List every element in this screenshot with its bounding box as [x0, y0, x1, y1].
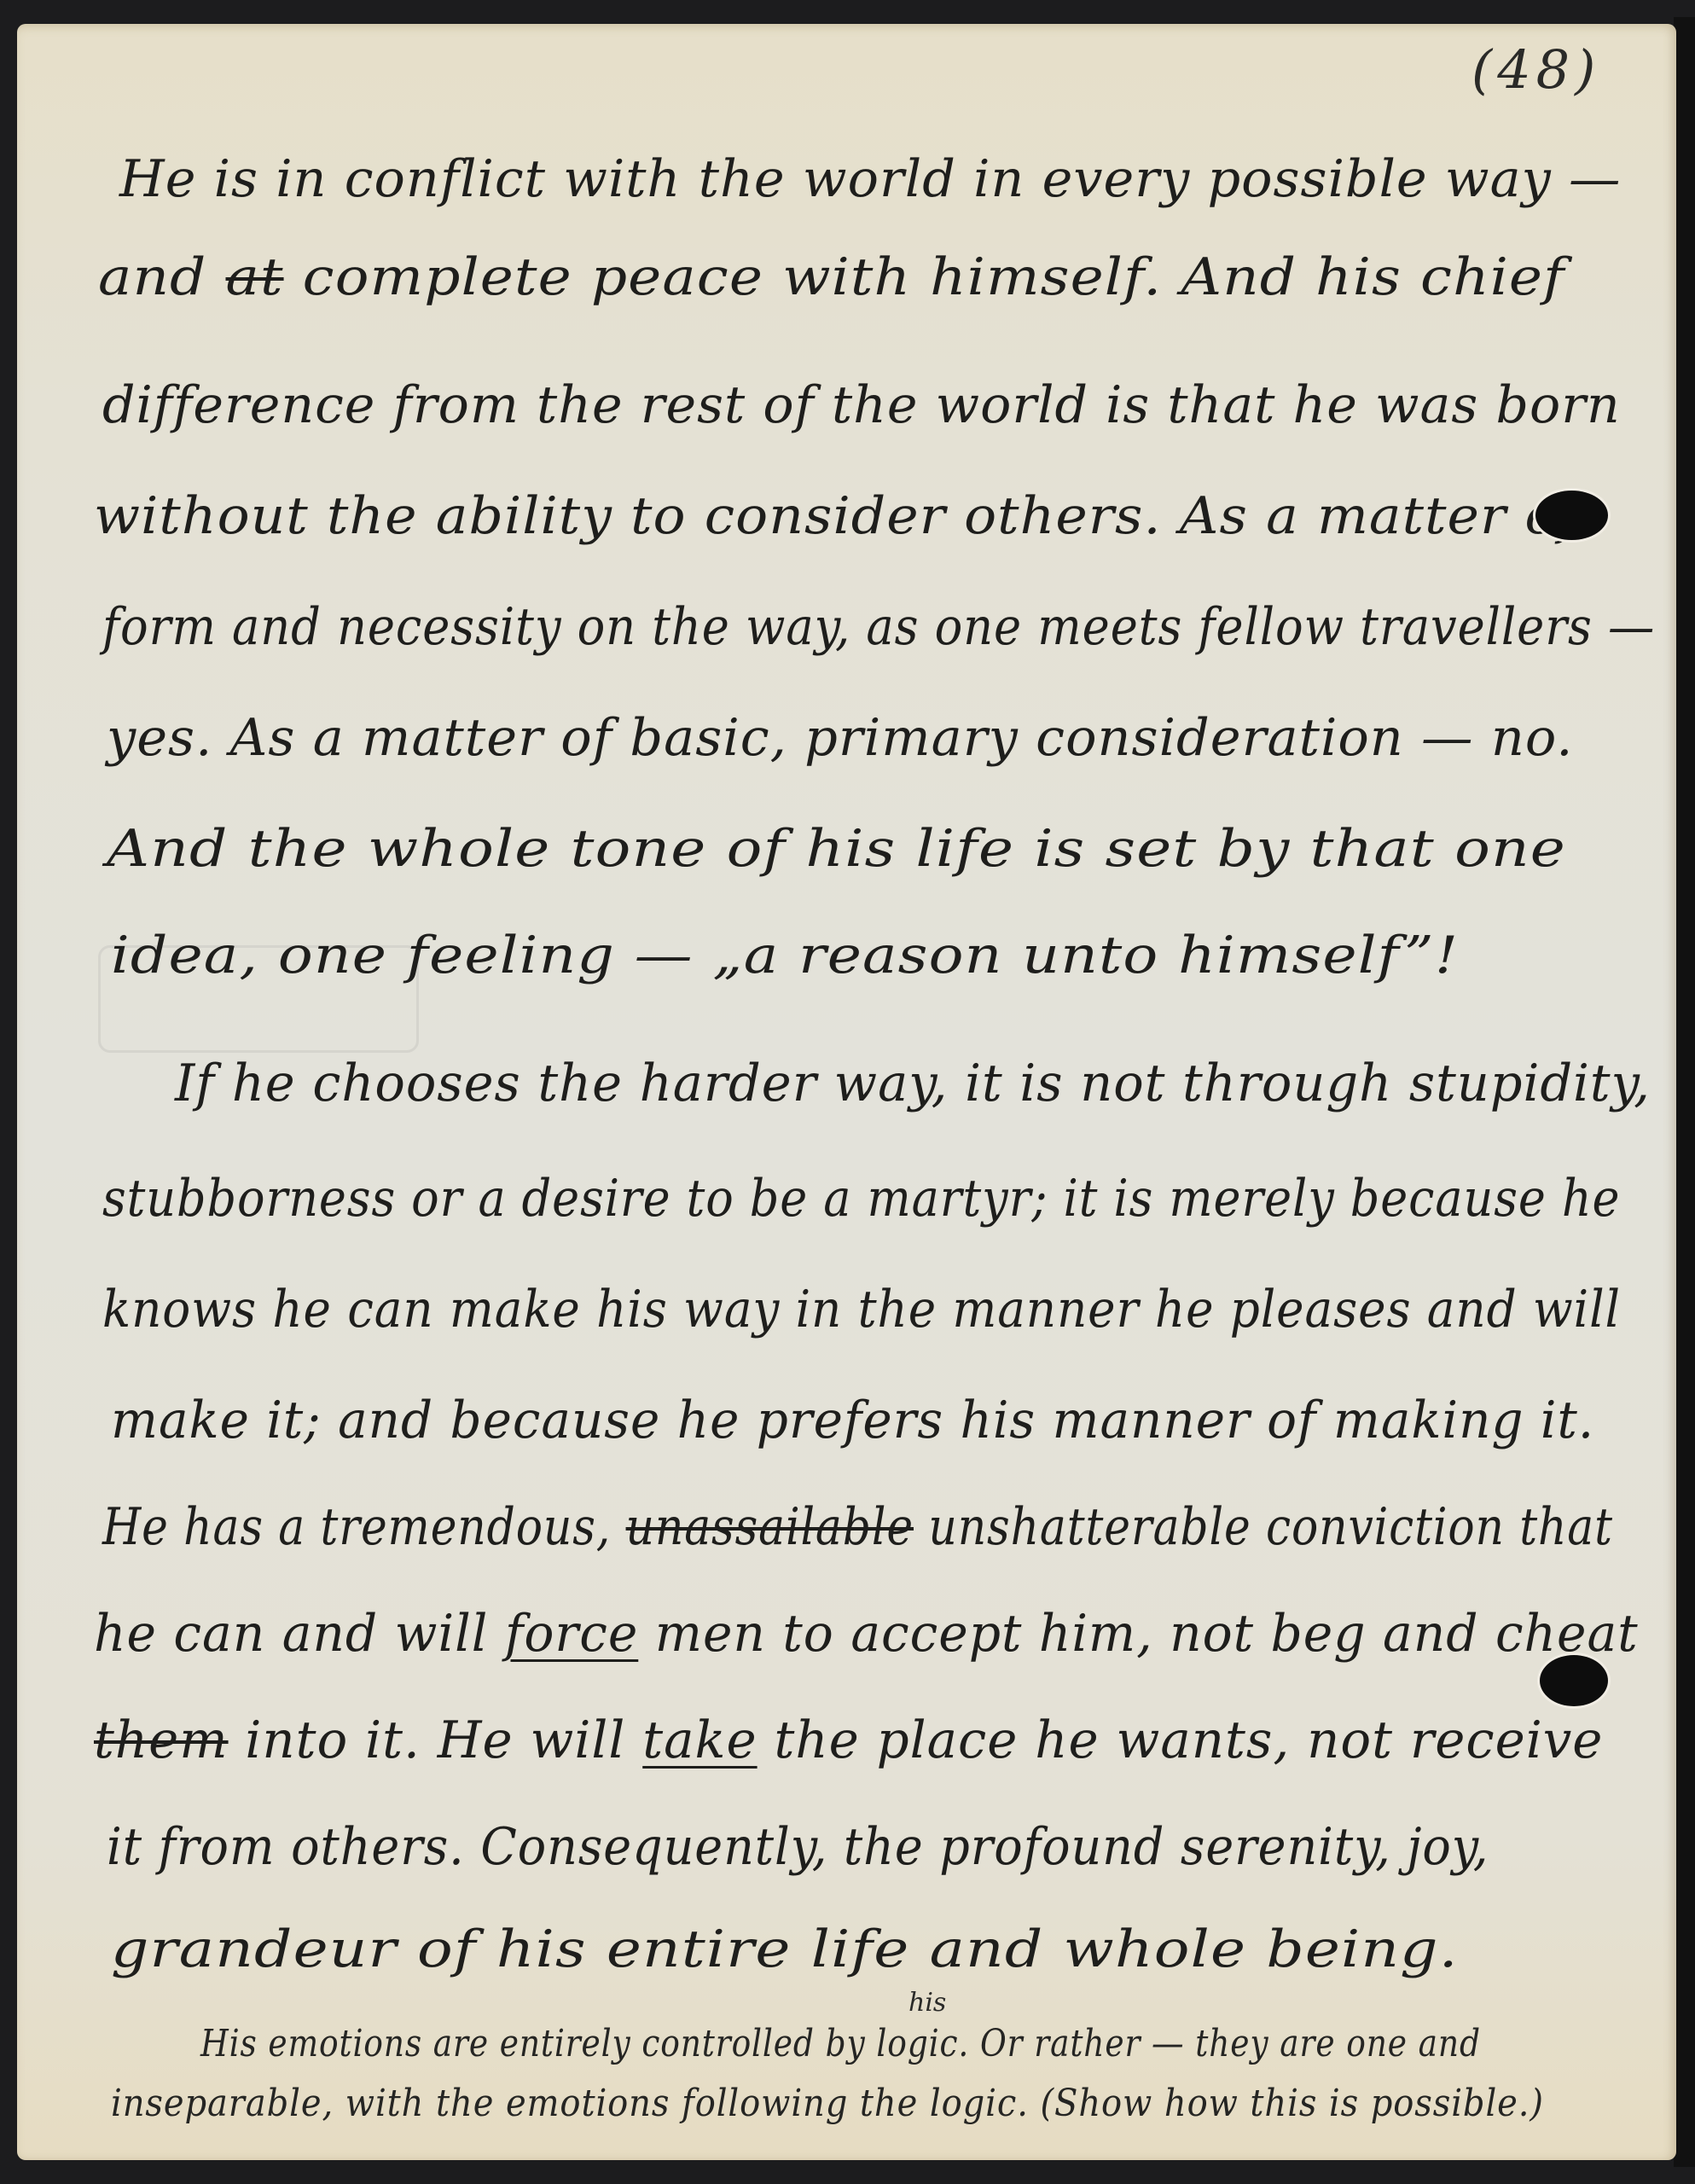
text-line-9: If he chooses the harder way, it is not … [175, 1054, 1651, 1113]
text-line-4: without the ability to consider others. … [94, 486, 1579, 546]
text-line-14: he can and will force men to accept him,… [94, 1604, 1639, 1664]
scan-edge-shadow [1674, 17, 1695, 2167]
text-line-12: make it; and because he prefers his mann… [111, 1391, 1594, 1450]
text-segment: men to accept him, not beg and cheat [638, 1604, 1638, 1664]
text-line-3: difference from the rest of the world is… [102, 375, 1621, 435]
text-line-10: stubborness or a desire to be a martyr; … [102, 1169, 1620, 1228]
text-line-13: He has a tremendous, unassailable unshat… [102, 1497, 1613, 1557]
underlined-word: force [505, 1604, 638, 1664]
text-line-6: yes. As a matter of basic, primary consi… [107, 708, 1573, 768]
interlinear-insertion: his [908, 1988, 946, 2018]
text-line-17: grandeur of his entire life and whole be… [111, 1920, 1459, 1979]
punch-hole [1540, 1655, 1608, 1706]
text-segment: he can and will [94, 1604, 505, 1664]
text-segment: into it. He will [229, 1711, 643, 1770]
text-line-7: And the whole tone of his life is set by… [107, 819, 1566, 879]
text-line-8: idea, one feeling — „a reason unto himse… [111, 926, 1459, 985]
struck-word: at [225, 247, 283, 307]
page-number: (48) [1472, 38, 1600, 101]
note-line-2: inseparable, with the emotions following… [111, 2082, 1544, 2125]
text-segment: He has a tremendous, [102, 1497, 626, 1557]
punch-hole [1535, 491, 1608, 540]
text-line-1: He is in conflict with the world in ever… [119, 149, 1621, 209]
note-line-1: His emotions are entirely controlled by … [200, 2022, 1481, 2065]
text-segment: and [98, 247, 225, 307]
text-segment: the place he wants, not receive [758, 1711, 1604, 1770]
text-segment: unshatterable conviction that [914, 1497, 1613, 1557]
text-line-2: and at complete peace with himself. And … [98, 247, 1565, 307]
text-line-15: them into it. He will take the place he … [94, 1711, 1603, 1770]
underlined-word: take [642, 1711, 757, 1770]
text-line-5: form and necessity on the way, as one me… [102, 597, 1655, 657]
struck-word: unassailable [626, 1497, 914, 1557]
struck-word: them [94, 1711, 229, 1770]
text-segment: complete peace with himself. And his chi… [284, 247, 1565, 307]
text-line-11: knows he can make his way in the manner … [102, 1280, 1621, 1339]
text-line-16: it from others. Consequently, the profou… [107, 1817, 1489, 1877]
